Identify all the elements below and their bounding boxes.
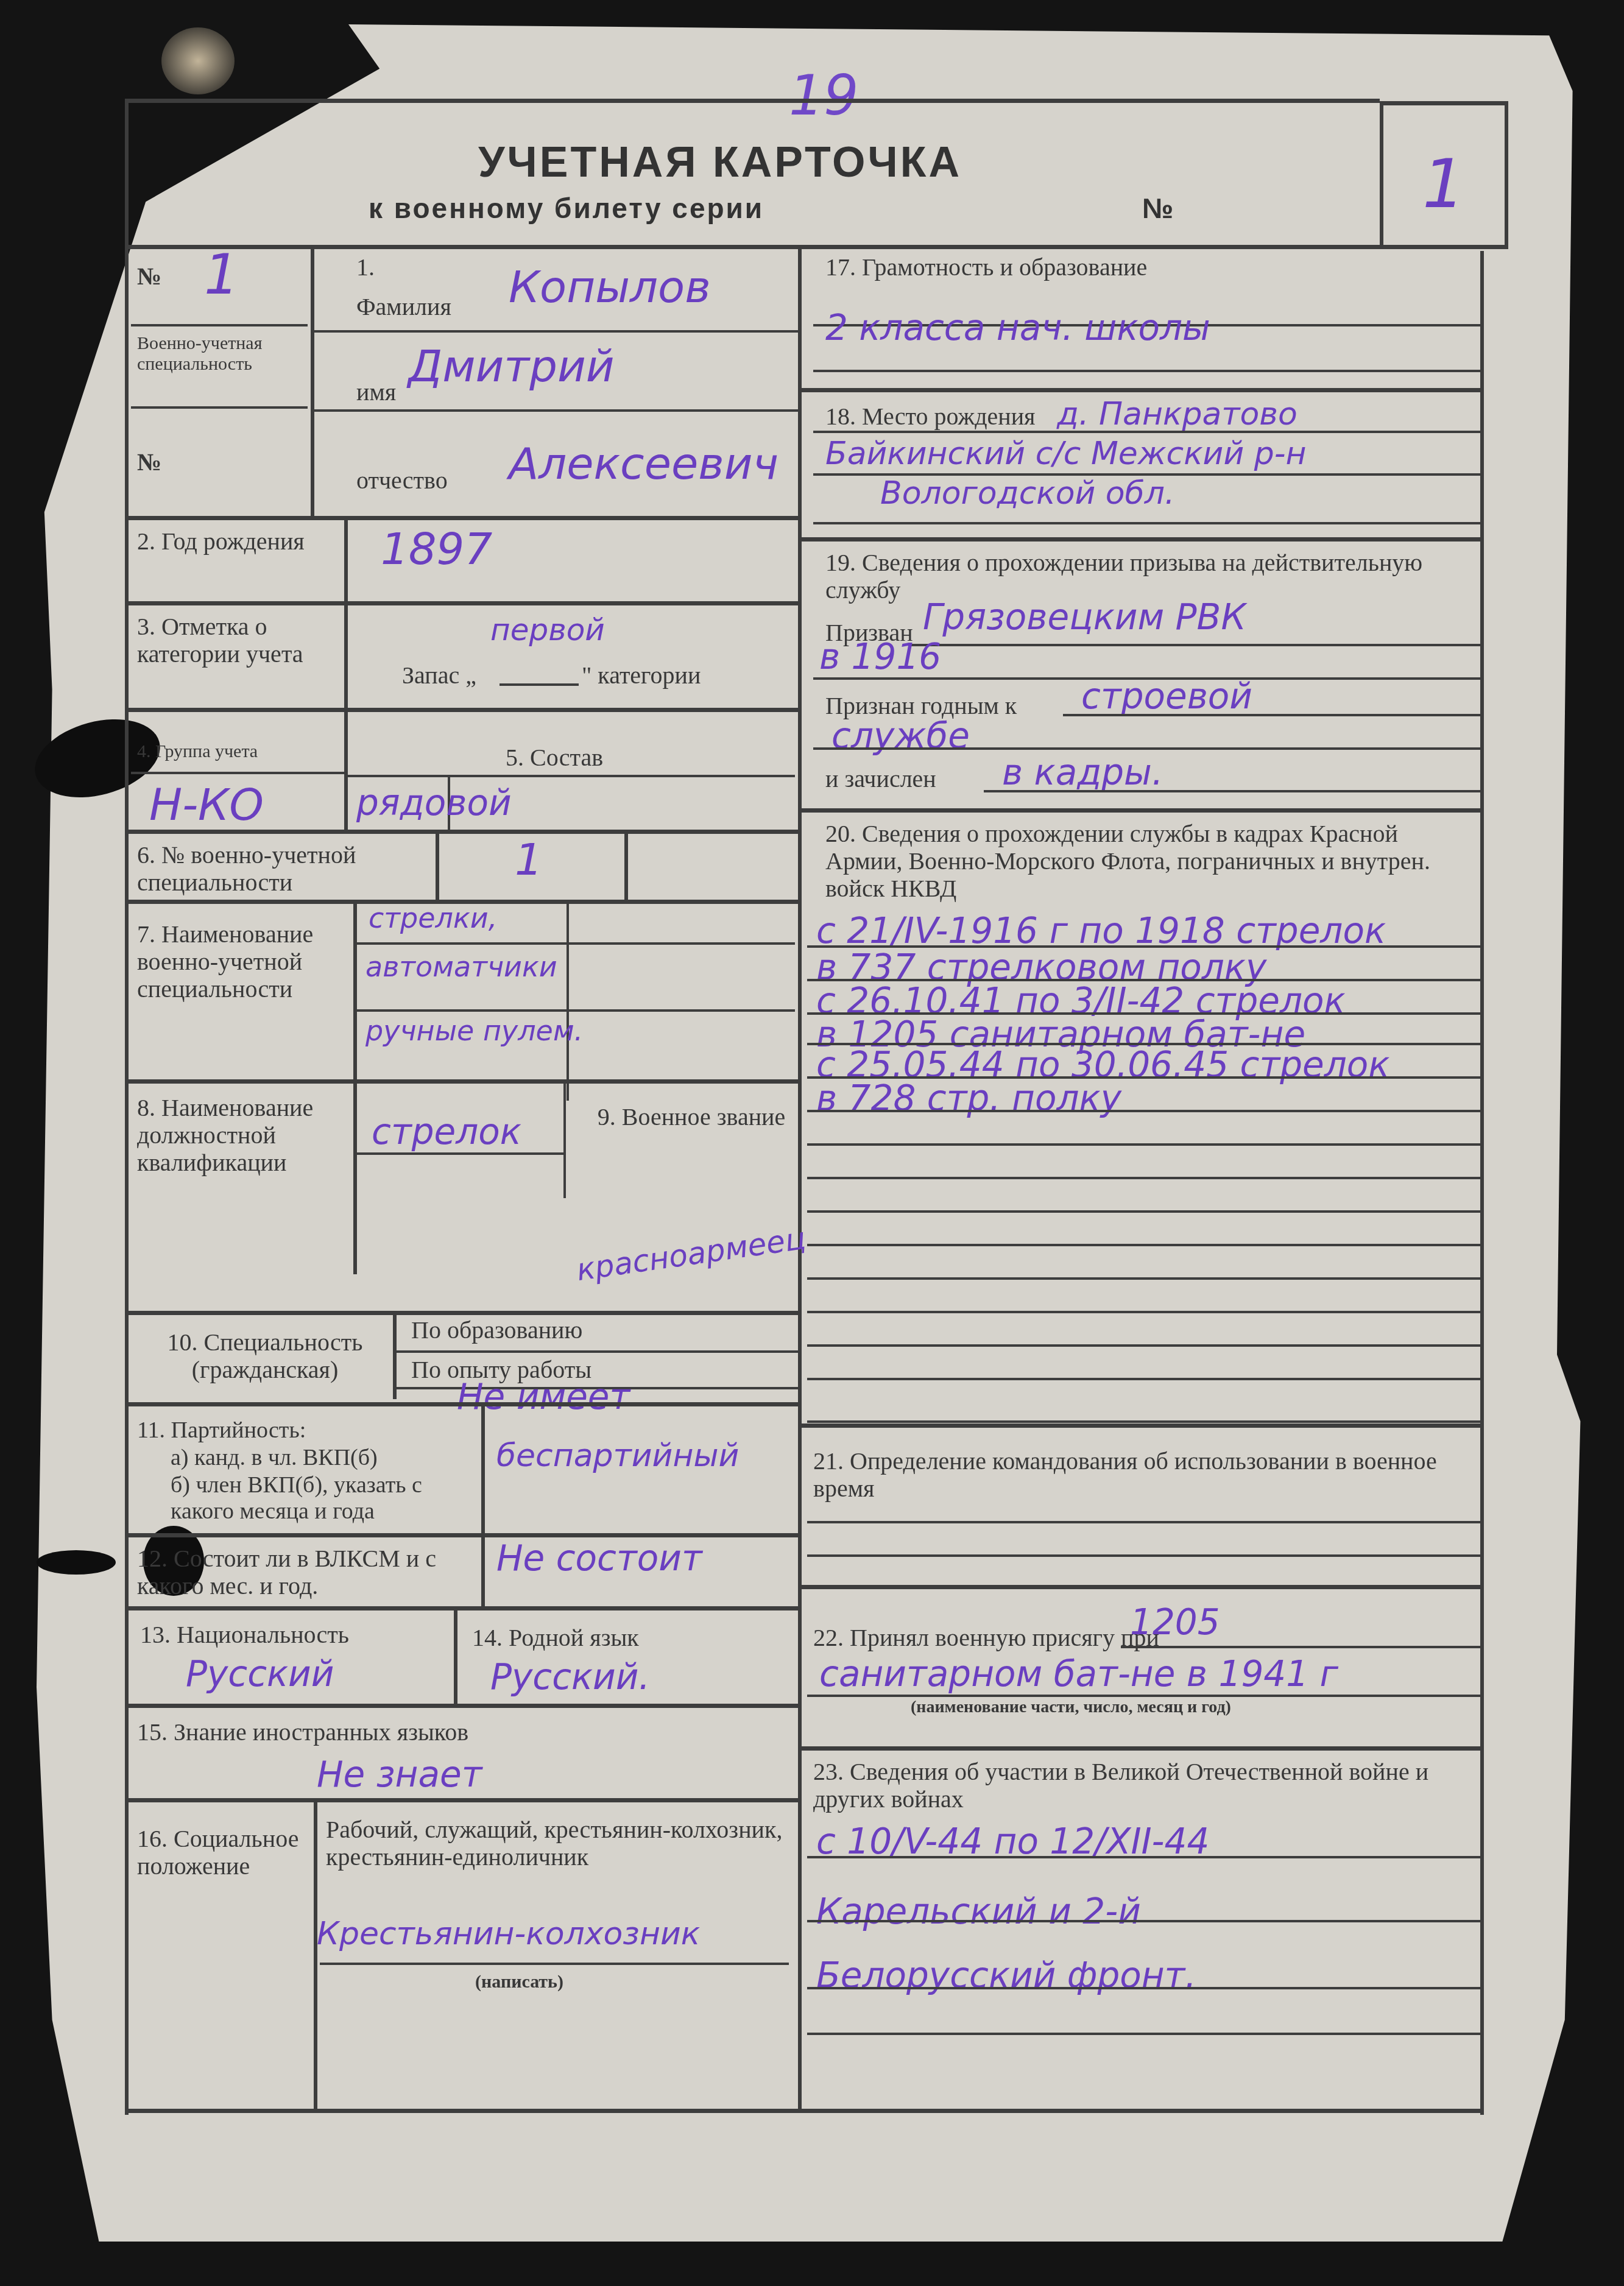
card-title: УЧЕТНАЯ КАРТОЧКА [478, 138, 962, 186]
birthplace-label: 18. Место рождения [825, 403, 1035, 431]
rule [356, 1152, 563, 1155]
rule [314, 330, 798, 333]
fit-value-1[interactable]: строевой [1081, 677, 1252, 716]
foreign-languages-label: 15. Знание иностранных языков [137, 1719, 468, 1746]
rule [813, 370, 1480, 372]
rule [563, 1082, 566, 1198]
rule [125, 99, 1380, 103]
party-label: 11. Партийность: [137, 1417, 306, 1444]
enrolled-label: и зачислен [825, 766, 936, 793]
vus-name-line-1[interactable]: стрелки, [369, 903, 497, 934]
vus-no2-label: № [137, 449, 161, 476]
group-value[interactable]: Н-КО [149, 781, 264, 829]
rule [125, 99, 129, 2115]
rule [125, 1311, 798, 1315]
rule [481, 1405, 485, 1533]
vus-name-line-3[interactable]: ручные пулем. [365, 1015, 583, 1046]
rule [125, 830, 798, 834]
vus-name-line-2[interactable]: автоматчики [365, 951, 557, 982]
paper-stain [161, 27, 235, 94]
rule [131, 324, 308, 326]
rule [1121, 1646, 1480, 1648]
composition-label: 5. Состав [506, 744, 603, 772]
rule [125, 245, 1508, 249]
birth-year-value[interactable]: 1897 [381, 525, 492, 573]
name-value[interactable]: Дмитрий [408, 342, 615, 390]
reserve-prefix: Запас „ [402, 662, 476, 690]
rule [807, 1554, 1480, 1557]
rule [813, 522, 1480, 524]
rule [125, 1533, 798, 1537]
fit-value-2[interactable]: службе [831, 717, 970, 756]
rule [125, 1606, 798, 1610]
rule [344, 519, 348, 604]
punch-tear-lower [37, 1550, 116, 1575]
rule [807, 1856, 1480, 1858]
composition-value[interactable]: рядовой [356, 784, 512, 823]
komsomol-label: 12. Состоит ли в ВЛКСМ и с какого мес. и… [137, 1545, 484, 1600]
rule [807, 1210, 1480, 1213]
birthplace-line-1[interactable]: д. Панкратово [1057, 397, 1297, 432]
social-status-value[interactable]: Крестьянин-колхозник [317, 1917, 700, 1952]
rule [125, 1402, 798, 1406]
war-line-3[interactable]: Белорусский фронт. [816, 1956, 1196, 1995]
rule [125, 1704, 798, 1708]
party-sub-b: б) член ВКП(б), указать с какого месяца … [171, 1472, 478, 1524]
rule [801, 537, 1480, 542]
rule [344, 604, 348, 708]
rule [131, 772, 344, 774]
drafted-value-1[interactable]: Грязовецким РВК [923, 598, 1246, 637]
rule [353, 903, 357, 1274]
party-sub-a: а) канд. в чл. ВКП(б) [171, 1445, 378, 1471]
wartime-use-label: 21. Определение командования об использо… [813, 1448, 1471, 1503]
education-label: 17. Грамотность и образование [825, 254, 1147, 281]
card-number: 1 [1422, 147, 1465, 221]
category-label: 3. Отметка о категории учета [137, 613, 338, 668]
surname-label: Фамилия [356, 294, 451, 321]
war-line-2[interactable]: Карельский и 2-й [816, 1893, 1141, 1931]
foreign-languages-value[interactable]: Не знает [317, 1755, 482, 1794]
name-label: имя [356, 379, 396, 406]
rule [454, 1609, 457, 1704]
reserve-suffix: " категории [582, 662, 701, 690]
patronymic-label: отчество [356, 467, 448, 495]
rule [1380, 101, 1508, 105]
surname-value[interactable]: Копылов [509, 263, 711, 311]
education-value[interactable]: 2 класса нач. школы [825, 309, 1210, 348]
number-label: № [1142, 193, 1175, 225]
rule [1380, 101, 1383, 247]
rule [347, 775, 795, 777]
rule [1063, 714, 1480, 716]
group-label: 4. Группа учета [137, 741, 258, 762]
field1-number: 1. [356, 254, 375, 281]
rank-label: 9. Военное звание [588, 1104, 795, 1131]
card-subtitle: к военному билету серии [369, 193, 764, 225]
komsomol-value[interactable]: Не состоит [496, 1539, 702, 1578]
rule [807, 1311, 1480, 1313]
rule [911, 644, 1480, 646]
native-language-value[interactable]: Русский. [490, 1658, 650, 1697]
oath-hint: (наименование части, число, месяц и год) [911, 1698, 1231, 1716]
nationality-label: 13. Национальность [140, 1621, 349, 1649]
rule [396, 1350, 798, 1353]
rule [801, 388, 1480, 392]
rule [314, 409, 798, 412]
rule [125, 1079, 798, 1084]
patronymic-value[interactable]: Алексеевич [509, 440, 778, 488]
rule [807, 1987, 1480, 1989]
oath-label: 22. Принял военную присягу при [813, 1625, 1159, 1652]
social-status-hint: (написать) [475, 1972, 563, 1992]
position-label: 8. Наименование должностной квалификации [137, 1095, 350, 1176]
rule [436, 833, 439, 900]
rule [356, 942, 795, 945]
rule [624, 833, 628, 900]
vus-no-label: № [137, 263, 161, 291]
vus-name-label: 7. Наименование военно-учетной специальн… [137, 921, 350, 1003]
birthplace-line-2[interactable]: Байкинский с/с Межский р-н [825, 437, 1306, 471]
rule [393, 1314, 397, 1399]
vus-label: Военно-учетная специальность [137, 333, 302, 374]
rule [807, 1420, 1480, 1423]
native-language-label: 14. Родной язык [472, 1625, 639, 1652]
oath-value-1[interactable]: 1205 [1130, 1603, 1220, 1642]
rule [314, 1801, 317, 2109]
rule [1480, 251, 1484, 2115]
position-value[interactable]: стрелок [372, 1113, 521, 1152]
vus-no-value: 1 [204, 245, 239, 305]
rule [567, 903, 569, 1101]
vus-number-label: 6. № военно-учетной специальности [137, 842, 436, 897]
form-frame: УЧЕТНАЯ КАРТОЧКА к военному билету серии… [125, 99, 1483, 2115]
rule [807, 1521, 1480, 1523]
rule [807, 1244, 1480, 1246]
nationality-value[interactable]: Русский [186, 1655, 334, 1694]
rule [813, 747, 1480, 750]
rule [344, 711, 348, 833]
birthplace-line-3[interactable]: Вологодской обл. [880, 476, 1174, 511]
rule [807, 1920, 1480, 1922]
war-participation-label: 23. Сведения об участии в Великой Отечес… [813, 1759, 1471, 1813]
rule [1505, 101, 1508, 247]
rule [125, 601, 798, 605]
service-label: 20. Сведения о прохождении службы в кадр… [825, 820, 1471, 902]
rule [807, 2033, 1480, 2035]
party-value[interactable]: беспартийный [496, 1439, 739, 1473]
rule [125, 2109, 1483, 2113]
vus-number-value[interactable]: 1 [515, 836, 543, 884]
rule [807, 1143, 1480, 1146]
rule [807, 1110, 1480, 1112]
rule [807, 1378, 1480, 1380]
birth-year-label: 2. Год рождения [137, 528, 338, 556]
column-divider [798, 245, 802, 2112]
rule [801, 808, 1480, 813]
rule [125, 1798, 798, 1802]
rule [813, 431, 1480, 433]
drafted-value-2[interactable]: в 1916 [819, 638, 941, 677]
rule [356, 1009, 795, 1012]
rule [801, 1423, 1480, 1428]
oath-value-2[interactable]: санитарном бат-не в 1941 г [819, 1655, 1338, 1694]
rule [311, 245, 314, 519]
rule [807, 1695, 1480, 1697]
rule [801, 1746, 1480, 1751]
rule [807, 1277, 1480, 1280]
enrolled-value[interactable]: в кадры. [1002, 753, 1163, 792]
rank-value[interactable]: красноармеец [574, 1222, 808, 1287]
rule [131, 406, 308, 409]
rule [984, 790, 1480, 792]
service-line-6[interactable]: в 728 стр. полку [816, 1079, 1121, 1118]
rule [807, 1177, 1480, 1179]
rule [801, 1585, 1480, 1589]
rule [500, 683, 579, 686]
rule [320, 1963, 789, 1965]
rule [125, 516, 798, 520]
rule [125, 708, 798, 712]
by-education-label: По образованию [411, 1317, 582, 1344]
rule [807, 1344, 1480, 1347]
reserve-value[interactable]: первой [490, 613, 605, 647]
social-status-label: 16. Социальное положение [137, 1826, 308, 1880]
social-status-options: Рабочий, служащий, крестьянин-колхозник,… [326, 1816, 789, 1871]
civil-specialty-label: 10. Специальность (гражданская) [137, 1329, 393, 1384]
